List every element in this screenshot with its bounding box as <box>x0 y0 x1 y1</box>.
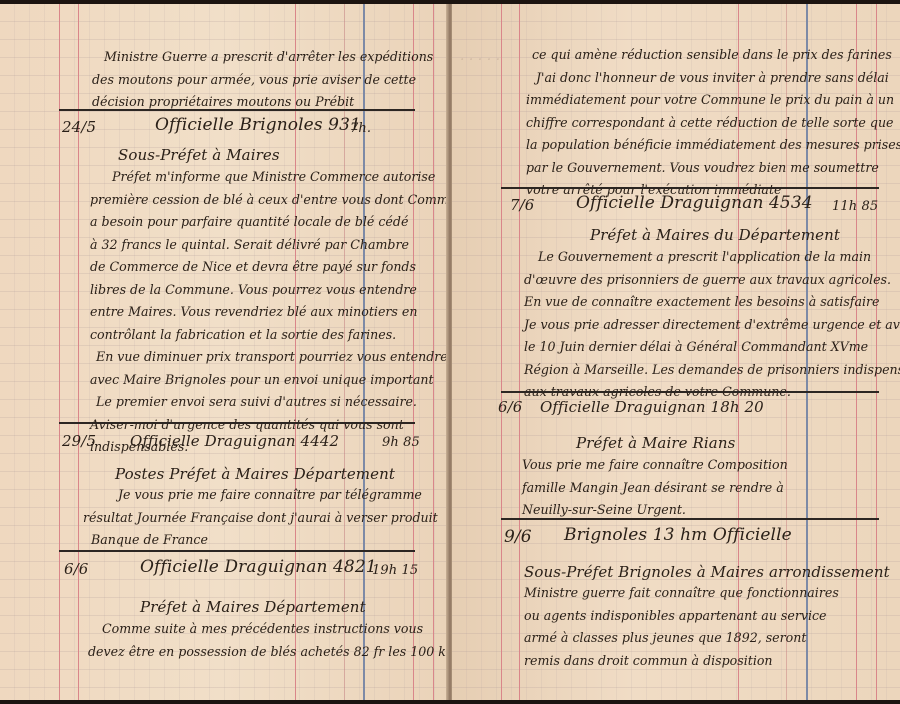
entry-date: 29/5 <box>62 430 96 453</box>
entry-addressee: Sous-Préfet à Maires <box>118 144 280 167</box>
entry-header: Officielle Brignoles 931 <box>155 114 361 137</box>
bleed-through-text: · · · · · <box>460 52 500 68</box>
entry-date: 6/6 <box>498 396 522 419</box>
entry-addressee: Préfet à Maire Rians <box>576 432 735 455</box>
right-page: · · · · · ce qui amène réduction sensibl… <box>452 4 900 700</box>
entry-body: Le Gouvernement a prescrit l'application… <box>524 246 900 404</box>
entry-header: Officielle Draguignan 4821 <box>140 556 377 579</box>
entry-date: 6/6 <box>64 558 88 581</box>
entry-time: 7h. <box>350 118 371 141</box>
register-spread: Ministre Guerre a prescrit d'arrêter les… <box>0 4 900 700</box>
entry-header: Officielle Draguignan 4534 <box>576 192 813 215</box>
entry-separator <box>59 109 415 111</box>
entry-addressee: Préfet à Maires Département <box>140 596 366 619</box>
entry-time: 11h 85 <box>832 196 878 219</box>
entry-body: Préfet m'informe que Ministre Commerce a… <box>90 166 448 459</box>
entry-time: 19h 15 <box>372 560 418 583</box>
entry-separator <box>501 187 879 189</box>
entry-addressee: Postes Préfet à Maires Département <box>115 463 395 486</box>
carryover-text: Ministre Guerre a prescrit d'arrêter les… <box>92 46 433 114</box>
margin-line <box>519 4 520 700</box>
entry-time: 9h 85 <box>382 432 420 455</box>
margin-line <box>501 4 502 700</box>
entry-body: Comme suite à mes précédentes instructio… <box>88 618 448 663</box>
entry-header: Officielle Draguignan 18h 20 <box>540 396 764 419</box>
entry-date: 24/5 <box>62 116 96 139</box>
entry-separator <box>501 391 879 393</box>
entry-body: Vous prie me faire connaître Composition… <box>522 454 788 522</box>
entry-header: Brignoles 13 hm Officielle <box>564 524 792 547</box>
entry-addressee: Préfet à Maires du Département <box>590 224 840 247</box>
carryover-text: ce qui amène réduction sensible dans le … <box>526 44 900 202</box>
entry-addressee: Sous-Préfet Brignoles à Maires arrondiss… <box>524 561 890 584</box>
entry-header: Officielle Draguignan 4442 <box>130 430 339 453</box>
entry-separator <box>59 550 415 552</box>
entry-date: 7/6 <box>510 194 534 217</box>
entry-separator <box>501 518 879 520</box>
entry-body: Ministre guerre fait connaître que fonct… <box>524 582 839 672</box>
left-page: Ministre Guerre a prescrit d'arrêter les… <box>0 4 448 700</box>
entry-date: 9/6 <box>504 526 532 549</box>
entry-body: Je vous prie me faire connaître par télé… <box>83 484 438 552</box>
entry-separator <box>59 422 415 424</box>
